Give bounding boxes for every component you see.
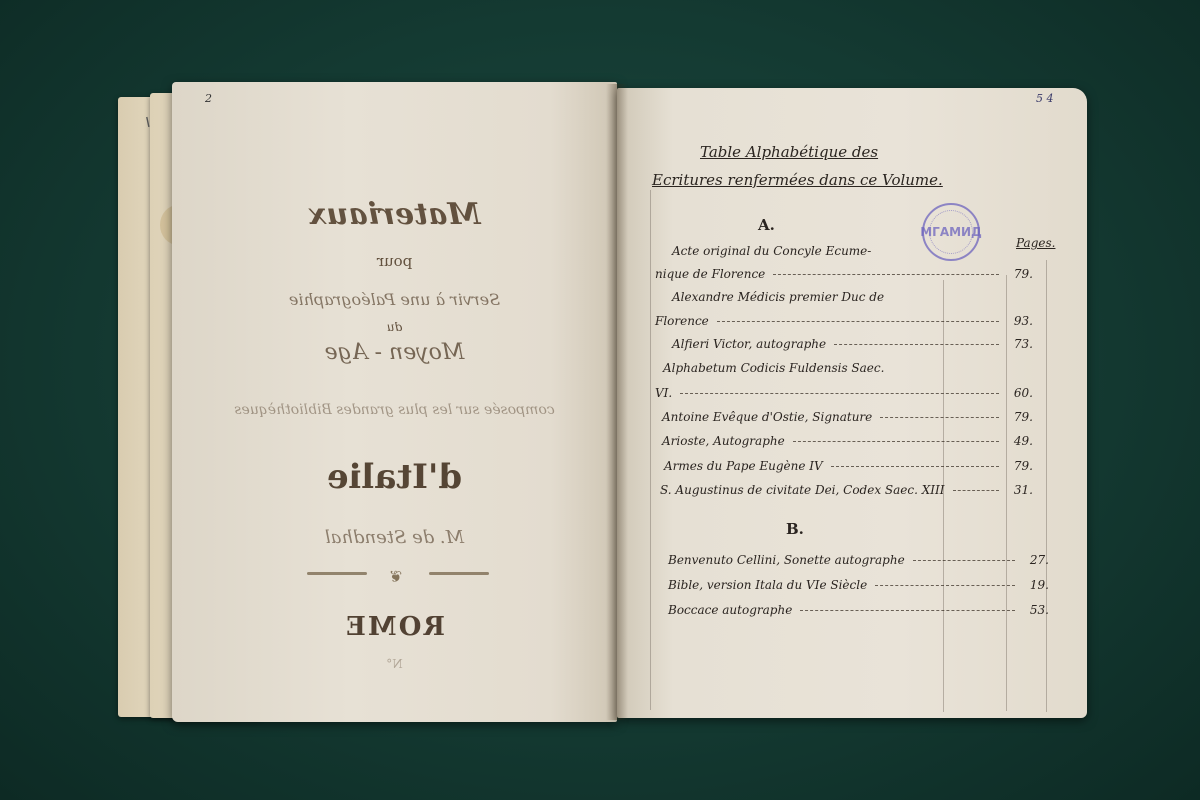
index-entry-line1: Acte original du Concyle Ecume-	[672, 244, 871, 258]
entry-page: 93.	[1003, 314, 1033, 328]
entry-page: 79.	[1003, 267, 1033, 281]
entry-page: 19.	[1019, 578, 1049, 592]
section-letter-a: A.	[758, 216, 775, 234]
entry-page: 27.	[1019, 553, 1049, 567]
bleed-line: Moyen - Age	[172, 340, 617, 365]
entry-page: 60.	[1003, 386, 1033, 400]
entry-text: Alfieri Victor, autographe	[672, 337, 830, 351]
index-entry: Bible, version Itala du VIe Siècle19.	[668, 578, 1049, 592]
entry-page: 53.	[1019, 603, 1049, 617]
ruled-margin-line	[650, 190, 651, 710]
index-entry: Armes du Pape Eugène IV79.	[664, 459, 1033, 473]
ornament-rule	[307, 572, 367, 575]
bleed-line: d'Italie	[172, 457, 617, 497]
bleed-place: ROME	[172, 612, 617, 642]
index-subtitle: Ecritures renfermées dans ce Volume.	[652, 171, 943, 189]
index-entry: Boccace autographe53.	[668, 603, 1049, 617]
folio-number-right: 5 4	[1036, 92, 1054, 105]
entry-page: 73.	[1003, 337, 1033, 351]
bleed-line: Servir à une Paléographie	[172, 290, 617, 309]
bleed-line: M. de Stendhal	[172, 527, 617, 548]
index-entry: Alfieri Victor, autographe73.	[672, 337, 1033, 351]
entry-page: 31.	[1003, 483, 1033, 497]
dot-leader	[834, 344, 999, 345]
dot-leader	[953, 490, 999, 491]
entry-text: S. Augustinus de civitate Dei, Codex Sae…	[660, 483, 949, 497]
entry-text: Boccace autographe	[668, 603, 796, 617]
entry-text: VI.	[655, 386, 676, 400]
index-entry: Antoine Evêque d'Ostie, Signature79.	[662, 410, 1033, 424]
bleed-through-title-page: Materiaux pour Servir à une Paléographie…	[172, 82, 617, 722]
index-title: Table Alphabétique des	[700, 143, 878, 161]
index-entry: nique de Florence79.	[655, 267, 1033, 281]
entry-text: Arioste, Autographe	[662, 434, 789, 448]
entry-text: Benvenuto Cellini, Sonette autographe	[668, 553, 909, 567]
entry-page: 79.	[1003, 410, 1033, 424]
index-entry: Benvenuto Cellini, Sonette autographe27.	[668, 553, 1049, 567]
dot-leader	[913, 560, 1015, 561]
dot-leader	[875, 585, 1015, 586]
bleed-title: Materiaux	[172, 197, 617, 232]
bleed-line: du	[172, 320, 617, 334]
index-entry: Arioste, Autographe49.	[662, 434, 1033, 448]
dot-leader	[680, 393, 999, 394]
dot-leader	[717, 321, 999, 322]
entry-text: nique de Florence	[655, 267, 769, 281]
dot-leader	[800, 610, 1015, 611]
index-entry: VI.60.	[655, 386, 1033, 400]
entry-text: Antoine Evêque d'Ostie, Signature	[662, 410, 876, 424]
entry-text: Armes du Pape Eugène IV	[664, 459, 827, 473]
entry-page: 79.	[1003, 459, 1033, 473]
dot-leader	[793, 441, 999, 442]
entry-page: 49.	[1003, 434, 1033, 448]
bleed-line: pour	[172, 252, 617, 270]
dot-leader	[831, 466, 999, 467]
entry-text: Florence	[655, 314, 713, 328]
entry-text: Bible, version Itala du VIe Siècle	[668, 578, 871, 592]
index-entry: S. Augustinus de civitate Dei, Codex Sae…	[660, 483, 1033, 497]
bleed-line: N°	[172, 657, 617, 671]
ornament-icon: ❦	[172, 567, 617, 586]
pages-column-header: Pages.	[1016, 236, 1055, 250]
dot-leader	[880, 417, 999, 418]
index-entry-line1: Alexandre Médicis premier Duc de	[672, 290, 884, 304]
index-entry-line1: Alphabetum Codicis Fuldensis Saec.	[663, 361, 884, 375]
manuscript-photo: I 2 5 4 Materiaux pour Servir à une Palé…	[0, 0, 1200, 800]
section-letter-b: B.	[786, 520, 804, 538]
index-entry: Florence93.	[655, 314, 1033, 328]
ruled-column-line	[1046, 260, 1047, 712]
dot-leader	[773, 274, 999, 275]
bleed-line: composée sur les plus grandes Bibliothèq…	[172, 402, 617, 418]
library-stamp: МГАМИД	[922, 203, 980, 261]
